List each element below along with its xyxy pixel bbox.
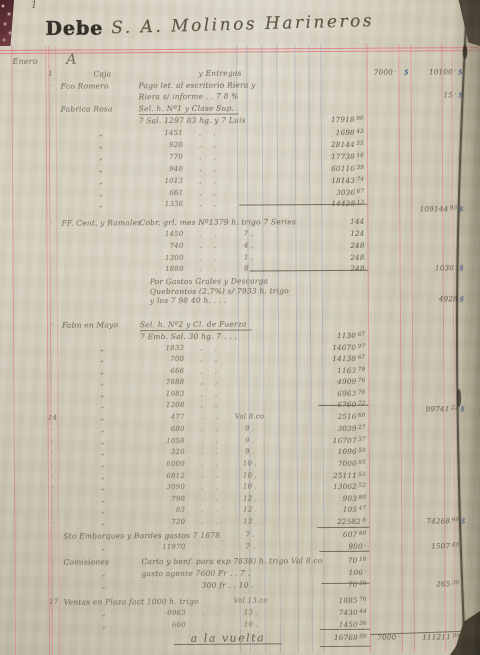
ledger-cell-day: 1 <box>43 70 57 79</box>
ledger-cell-a1: 124 <box>311 229 364 238</box>
ledger-cell-day: · <box>46 484 60 493</box>
ledger-page: 1 Debe S. A. Molinos Harineros Enero A1C… <box>0 0 480 655</box>
rule-margin-left <box>11 46 16 655</box>
ledger-cell-rate: 13 . <box>229 517 271 526</box>
ledger-cell-qty: 740 <box>139 242 183 251</box>
ledger-cell-qty: 680 <box>141 425 185 434</box>
ledger-cell-qty: 720 <box>141 518 185 527</box>
ledger-cell-day: · <box>46 449 60 458</box>
ledger-cell-rate: 8 , <box>228 264 270 273</box>
ledger-cell-a1: 113067 <box>312 331 365 340</box>
ledger-cell-d2: 300 fr . . 10 . <box>202 580 254 589</box>
ledger-cell-d1u: Sel. h. Nº1 y Clase Sup. <box>139 104 240 116</box>
ledger-cell-dit: „ <box>99 153 111 162</box>
ledger-cell-a1: 188570 <box>314 596 367 605</box>
ledger-cell-n2: Caja <box>93 69 111 78</box>
ledger-cell-rate: 10 . <box>229 459 271 468</box>
ledger-cell-d1: Riera s/ informe . . 7 8 % <box>139 92 239 102</box>
rule-amount-right <box>366 44 371 653</box>
ledger-cell-dit: „ <box>100 378 112 387</box>
ledger-cell-a1: 251660 <box>313 412 366 421</box>
ledger-cell-a1: 60780 <box>313 530 366 539</box>
ledger-cell-qty: 1013 <box>139 177 183 186</box>
ledger-cell-qty: 920 <box>139 141 183 150</box>
ledger-cell-a1: 1670737 <box>313 436 366 445</box>
ledger-cell-a1: 10547 <box>313 505 366 514</box>
ledger-cell-dots: . . <box>191 472 233 481</box>
ledger-cell-rate: 12 . <box>229 494 271 503</box>
ledger-cell-dots: , , <box>190 401 232 410</box>
ledger-cell-n1: Comisiones <box>63 557 109 566</box>
account-title: S. A. Molinos Harineros <box>111 11 374 38</box>
ledger-cell-rate: 9 . <box>229 447 271 456</box>
ledger-cell-qty: 1336 <box>139 200 183 209</box>
ledger-cell-rate: 7 . <box>229 530 271 539</box>
ledger-cell-dit: „ <box>101 448 113 457</box>
ledger-cell-a1: 2511153 <box>313 471 366 480</box>
ledger-cell-qty: 477 <box>141 413 185 422</box>
ledger-cell-dots: . . <box>191 506 233 515</box>
ledger-cell-dit: „ <box>101 413 113 422</box>
ledger-cell-qty: 1983 <box>140 390 184 399</box>
ledger-cell-dit: „ <box>99 141 111 150</box>
ledger-cell-rate: 7 , <box>227 229 269 238</box>
ledger-cell-qty: 1451 <box>139 129 183 138</box>
ledger-cell-day: · <box>44 105 58 114</box>
ledger-cell-qty: 6000 <box>141 460 185 469</box>
ledger-cell-dit: „ <box>100 390 112 399</box>
ledger-cell-dit: „ <box>100 355 112 364</box>
ledger-cell-dit: „ <box>101 425 113 434</box>
ledger-cell-d1: 7 Sal. 1297 83 hg. y 7 Luis <box>139 115 246 125</box>
ledger-cell-a1: 116379 <box>312 366 365 375</box>
ledger-cell-dit: „ <box>101 460 113 469</box>
ledger-cell-dots: , , <box>189 153 231 162</box>
month-label: Enero <box>12 57 37 66</box>
ledger-cell-d1: 7 Emb. Sal. 30 hg. 7 . . . <box>140 332 237 342</box>
ledger-cell-d1c: y los 7 98 40 h. . . . <box>150 296 227 305</box>
ledger-cell-a1: 303927 <box>313 424 366 433</box>
ledger-cell-d1c: Por Gastos Grales y Descarga <box>150 276 269 286</box>
ledger-cell-qty: 83 <box>141 506 185 515</box>
ledger-cell-n1: FF. Cent. y Ramales <box>61 218 141 227</box>
ledger-cell-dots: . . <box>191 460 233 469</box>
ledger-cell-qty: 320 <box>141 448 185 457</box>
ledger-cell-dots: , , <box>189 189 231 198</box>
ledger-cell-dit: „ <box>100 344 112 353</box>
ledger-cell-qty: 1450 <box>139 230 183 239</box>
ledger-cell-dit: „ <box>101 569 113 578</box>
ledger-cell-rate: Val 13.co <box>230 596 272 605</box>
ledger-cell-qty: 7888 <box>140 378 184 387</box>
ledger-cell-qty: 661 <box>139 189 183 198</box>
ledger-cell-dots: . . <box>191 448 233 457</box>
page-number: 1 <box>31 0 37 11</box>
ledger-cell-a1: 2814455 <box>311 140 364 149</box>
ledger-cell-day: · <box>46 558 60 567</box>
ledger-cell-dit: „ <box>100 401 112 410</box>
ledger-cell-a1: 676072 <box>312 400 365 409</box>
ledger-cell-rate: 9 . <box>229 424 271 433</box>
ledger-cell-a1: 109650 <box>313 447 366 456</box>
rule-mid-right <box>398 44 403 653</box>
ledger-cell-a1: 743044 <box>314 608 367 617</box>
ledger-cell-rate: 10 . <box>230 620 272 629</box>
ledger-cell-day: · <box>45 321 59 330</box>
ledger-cell-amid: 7000- <box>372 633 400 642</box>
ledger-cell-a1: 7010 <box>313 556 366 565</box>
ledger-cell-a1: 90380 <box>313 494 366 503</box>
ledger-cell-dit: „ <box>99 165 111 174</box>
ledger-cell-a1: 248 <box>312 264 365 273</box>
ledger-cell-qty: 1880 <box>140 265 184 274</box>
ledger-cell-day: · <box>46 507 60 516</box>
ledger-cell-amid: 7000- <box>368 68 396 77</box>
ledger-cell-a1: 1443813 <box>311 199 364 208</box>
ledger-cell-a1: 696376 <box>312 389 365 398</box>
ledger-cell-dit: „ <box>102 621 114 630</box>
page-content: 1 Debe S. A. Molinos Harineros Enero A1C… <box>0 0 480 655</box>
ledger-cell-n1: Ventas en Plaza fact 1000 h. trigo <box>64 597 199 607</box>
ledger-cell-dit: „ <box>101 472 113 481</box>
ledger-cell-a1: 1676850 <box>314 633 367 642</box>
ledger-cell-a1: 700095 <box>313 459 366 468</box>
ledger-cell-a1: 1814374 <box>311 176 364 185</box>
ledger-cell-rate: 9 . <box>229 436 271 445</box>
ledger-cell-dit: „ <box>101 518 113 527</box>
ledger-cell-dots: . . <box>190 265 232 274</box>
ledger-cell-a1: 303667 <box>311 188 364 197</box>
ledger-cell-day: · <box>46 496 60 505</box>
ledger-cell-qty: 1833 <box>140 344 184 353</box>
ledger-cell-dots: . . <box>189 230 231 239</box>
ledger-cell-a1: 1467097 <box>312 343 365 352</box>
ledger-cell-d1: Pago let. al escritorio Riera y <box>138 80 255 90</box>
ledger-cell-dots: , , <box>190 344 232 353</box>
debit-heading: Debe <box>45 17 103 39</box>
ledger-cell-dots: , , <box>189 129 231 138</box>
ledger-cell-qty: 660 <box>142 621 186 630</box>
ledger-cell-n1: Fco Romero <box>60 81 108 90</box>
ledger-cell-dots: , , <box>190 378 232 387</box>
ledger-cell-rate: 12 . <box>229 505 271 514</box>
ledger-cell-dots: . . <box>192 609 234 618</box>
ledger-cell-d1c: Quebrantos (2.7%) s/ 7933 h. trigo <box>150 286 289 296</box>
ledger-cell-day: · <box>46 473 60 482</box>
ledger-cell-rate: Val 8.co <box>229 412 271 421</box>
ledger-cell-qty: 770 <box>139 153 183 162</box>
ledger-cell-dit: „ <box>102 609 114 618</box>
ledger-cell-qty: 666 <box>140 367 184 376</box>
ledger-cell-n1: Fabrica Rosa <box>61 104 113 113</box>
ledger-cell-day: · <box>46 519 60 528</box>
ledger-cell-dots: . . <box>191 437 233 446</box>
ledger-cell-dots: . . <box>192 621 234 630</box>
ledger-cell-day: 17 <box>47 598 61 607</box>
ledger-cell-day: · <box>43 82 57 91</box>
ledger-cell-dots: . . <box>191 518 233 527</box>
ledger-cell-dots: , , <box>189 141 231 150</box>
ledger-cell-a1: 248 <box>311 241 364 250</box>
ledger-cell-a1: 490976 <box>312 377 365 386</box>
ledger-cell-dit: „ <box>101 495 113 504</box>
ledger-cell-dit: „ <box>99 177 111 186</box>
ledger-cell-day: · <box>46 461 60 470</box>
ledger-cell-dots: , , <box>190 355 232 364</box>
ledger-cell-dit: „ <box>100 367 112 376</box>
ledger-cell-dots: , , <box>190 367 232 376</box>
ledger-cell-d2: y Entregas <box>198 69 241 78</box>
ledger-cell-a1: 225826 <box>313 517 366 526</box>
ledger-cell-rate: 4 , <box>227 241 269 250</box>
ledger-cell-qty: 1300 <box>140 254 184 263</box>
ledger-cell-dit: „ <box>101 483 113 492</box>
ledger-cell-rate: 7 . <box>229 542 271 551</box>
gutter-crease <box>440 0 480 655</box>
ledger-cell-a1: 6011639 <box>311 164 364 173</box>
ledger-cell-qty: 3090 <box>141 483 185 492</box>
ledger-cell-dots: , , <box>189 177 231 186</box>
ledger-cell-qty: 940 <box>139 165 183 174</box>
ledger-cell-rate: 10 . <box>229 471 271 480</box>
sum-line-carry <box>320 646 370 647</box>
ledger-cell-qty: 6812 <box>141 472 185 481</box>
ledger-cell-dit: „ <box>99 189 111 198</box>
ledger-cell-day: · <box>46 438 60 447</box>
ledger-cell-dit: „ <box>102 581 114 590</box>
ledger-cell-d1: Carta y benf. para exp 7838) h. trigo Va… <box>141 556 322 566</box>
ledger-cell-big: A <box>66 56 76 65</box>
ledger-cell-d1u: Sel. h. Nº2 y Cl. de Fuerza <box>140 319 252 331</box>
ledger-cell-d1: Cobr. grl. mes Nº1379 h. trigo 7 Series <box>139 217 296 227</box>
ledger-cell-day: 14 <box>46 414 60 423</box>
ledger-cell-dots: . . <box>189 242 231 251</box>
ledger-cell-qty: 1058 <box>141 437 185 446</box>
ledger-cell-dit: „ <box>99 200 111 209</box>
ledger-cell-qty: 11970 <box>141 543 185 552</box>
ledger-cell-cur1: $ <box>401 67 411 76</box>
ledger-cell-dit: „ <box>101 506 113 515</box>
ledger-cell-rate: 13 . <box>230 608 272 617</box>
ledger-cell-dots: , , <box>190 390 232 399</box>
ledger-cell-a1: 7030 <box>314 580 367 589</box>
ledger-cell-a1: 248 <box>312 253 365 262</box>
ledger-cell-dots: , , <box>189 165 231 174</box>
ledger-cell-vuelta: a la vuelta <box>174 633 282 645</box>
ledger-cell-dots: . . <box>191 413 233 422</box>
ledger-cell-day: · <box>44 219 58 228</box>
rule-mark-right <box>410 43 415 652</box>
ledger-cell-dit: „ <box>101 437 113 446</box>
ledger-cell-qty: 700 <box>140 355 184 364</box>
ledger-cell-day: · <box>46 426 60 435</box>
ledger-cell-dots: . . <box>191 495 233 504</box>
ledger-cell-a1: 145036 <box>314 620 367 629</box>
ledger-cell-dots: , , <box>189 200 231 209</box>
ledger-cell-d1: gasto agente 7600 Fr . . 7 . <box>141 568 250 578</box>
ledger-cell-dots: . . <box>191 483 233 492</box>
ledger-cell-dit: „ <box>101 543 113 552</box>
ledger-cell-n1: Fabn en Mayo <box>62 320 118 329</box>
ledger-cell-rate: 10 . <box>229 482 271 491</box>
sum-line-section-d <box>317 527 369 528</box>
ledger-cell-dots: . . <box>191 425 233 434</box>
ledger-cell-rate: 1 , <box>228 253 270 262</box>
ledger-cell-a1: 169843 <box>311 128 364 137</box>
ledger-cell-a1: 1413867 <box>312 354 365 363</box>
ledger-cell-qty: 0963 <box>142 609 186 618</box>
ledger-cell-a1: 106- <box>313 568 366 577</box>
ledger-cell-a1: 900- <box>313 542 366 551</box>
ledger-cell-qty: 790 <box>141 495 185 504</box>
ledger-cell-a1: 1791890 <box>311 115 364 124</box>
ledger-cell-qty: 1208 <box>140 401 184 410</box>
ledger-cell-a1: 144 <box>311 217 364 226</box>
ledger-cell-a1: 1773816 <box>311 152 364 161</box>
ledger-cell-dots: . . <box>191 543 233 552</box>
ledger-cell-n1: Sto Embarques y Bordes gastos 7 1678 <box>63 531 220 541</box>
ledger-cell-dit: „ <box>99 129 111 138</box>
ledger-cell-dots: . . <box>190 254 232 263</box>
ledger-cell-a1: 1306252 <box>313 482 366 491</box>
